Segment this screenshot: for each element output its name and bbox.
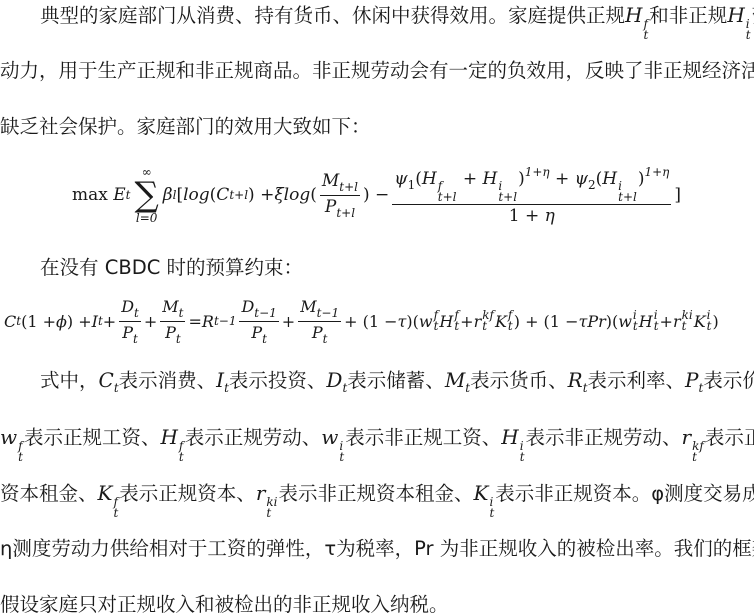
math-K-f-t: Kft	[98, 481, 120, 505]
text: 和非正规	[649, 4, 727, 27]
text: 表示消费、	[119, 369, 217, 392]
math-K-i-t: Kit	[474, 481, 496, 505]
text: 表示非正规工资、	[345, 426, 501, 449]
math-C-t: Ct	[99, 368, 119, 392]
math-H-i-t: Hit	[501, 425, 525, 449]
math-w-i-t: wit	[321, 425, 345, 449]
text: 表示正规工资、	[24, 426, 161, 449]
text: 表示正规劳动、	[185, 426, 322, 449]
paragraph-1-line-1: 典型的家庭部门从消费、持有货币、休闲中获得效用。家庭提供正规Hft和非正规Hit…	[0, 3, 754, 41]
math-H-f-t: Hft	[160, 425, 184, 449]
paragraph-1-line-3: 缺乏社会保护。家庭部门的效用大致如下：	[0, 115, 754, 139]
paragraph-3-line-1: 式中，Ct表示消费、It表示投资、Dt表示储蓄、Mt表示货币、Rt表示利率、Pt…	[0, 368, 754, 400]
text: 表示正规资本、	[119, 482, 256, 505]
paragraph-3-line-2: wft表示正规工资、Hft表示正规劳动、wit表示非正规工资、Hit表示非正规劳…	[0, 425, 754, 463]
text: 表示非正规资本租金、	[278, 482, 473, 505]
text: 典型的家庭部门从消费、持有货币、休闲中获得效用。家庭提供正规	[40, 4, 625, 27]
paragraph-3-line-4: η测度劳动力供给相对于工资的弹性，τ为税率，Pr 为非正规收入的被检出率。我们的…	[0, 537, 754, 561]
paragraph-2-line-1: 在没有 CBDC 时的预算约束：	[0, 256, 754, 280]
text: 式中，	[40, 369, 99, 392]
text: 表示非正规劳动、	[526, 426, 682, 449]
math-R-t: Rt	[568, 368, 588, 392]
math-H-i-t: Hit	[727, 3, 751, 27]
math-P-t: Pt	[685, 368, 703, 392]
equation-utility: max Et ∞∑l=0 βl[log(Ct+l) + ξlog(Mt+lPt+…	[72, 164, 681, 226]
text: 表示投资、	[229, 369, 327, 392]
text: 表示利率、	[588, 369, 686, 392]
math-H-f-t: Hft	[625, 3, 649, 27]
math-r-ki-t: rkit	[256, 481, 279, 505]
text: 表示价格、	[703, 369, 754, 392]
text: 表示储蓄、	[347, 369, 445, 392]
math-M-t: Mt	[445, 368, 470, 392]
math-r-kf-t: rkft	[682, 425, 705, 449]
math-I-t: It	[216, 368, 229, 392]
math-D-t: Dt	[326, 368, 347, 392]
paragraph-3-line-3: 资本租金、Kft表示正规资本、rkit表示非正规资本租金、Kit表示非正规资本。…	[0, 481, 754, 519]
summation-symbol: ∞∑l=0	[135, 166, 159, 224]
text: 资本租金、	[0, 482, 98, 505]
paragraph-1-line-2: 动力，用于生产正规和非正规商品。非正规劳动会有一定的负效用，反映了非正规经济活动	[0, 59, 754, 83]
text: 表示正规	[705, 426, 754, 449]
math-w-f-t: wft	[0, 425, 24, 449]
equation-budget-constraint: Ct(1 + ϕ) + It + DtPt + MtPt = Rt−1Dt−1P…	[4, 296, 719, 346]
text: 表示货币、	[470, 369, 568, 392]
text: 表示非正规资本。φ测度交易成本，	[495, 482, 754, 505]
paragraph-3-line-5: 假设家庭只对正规收入和被检出的非正规收入纳税。	[0, 593, 754, 616]
